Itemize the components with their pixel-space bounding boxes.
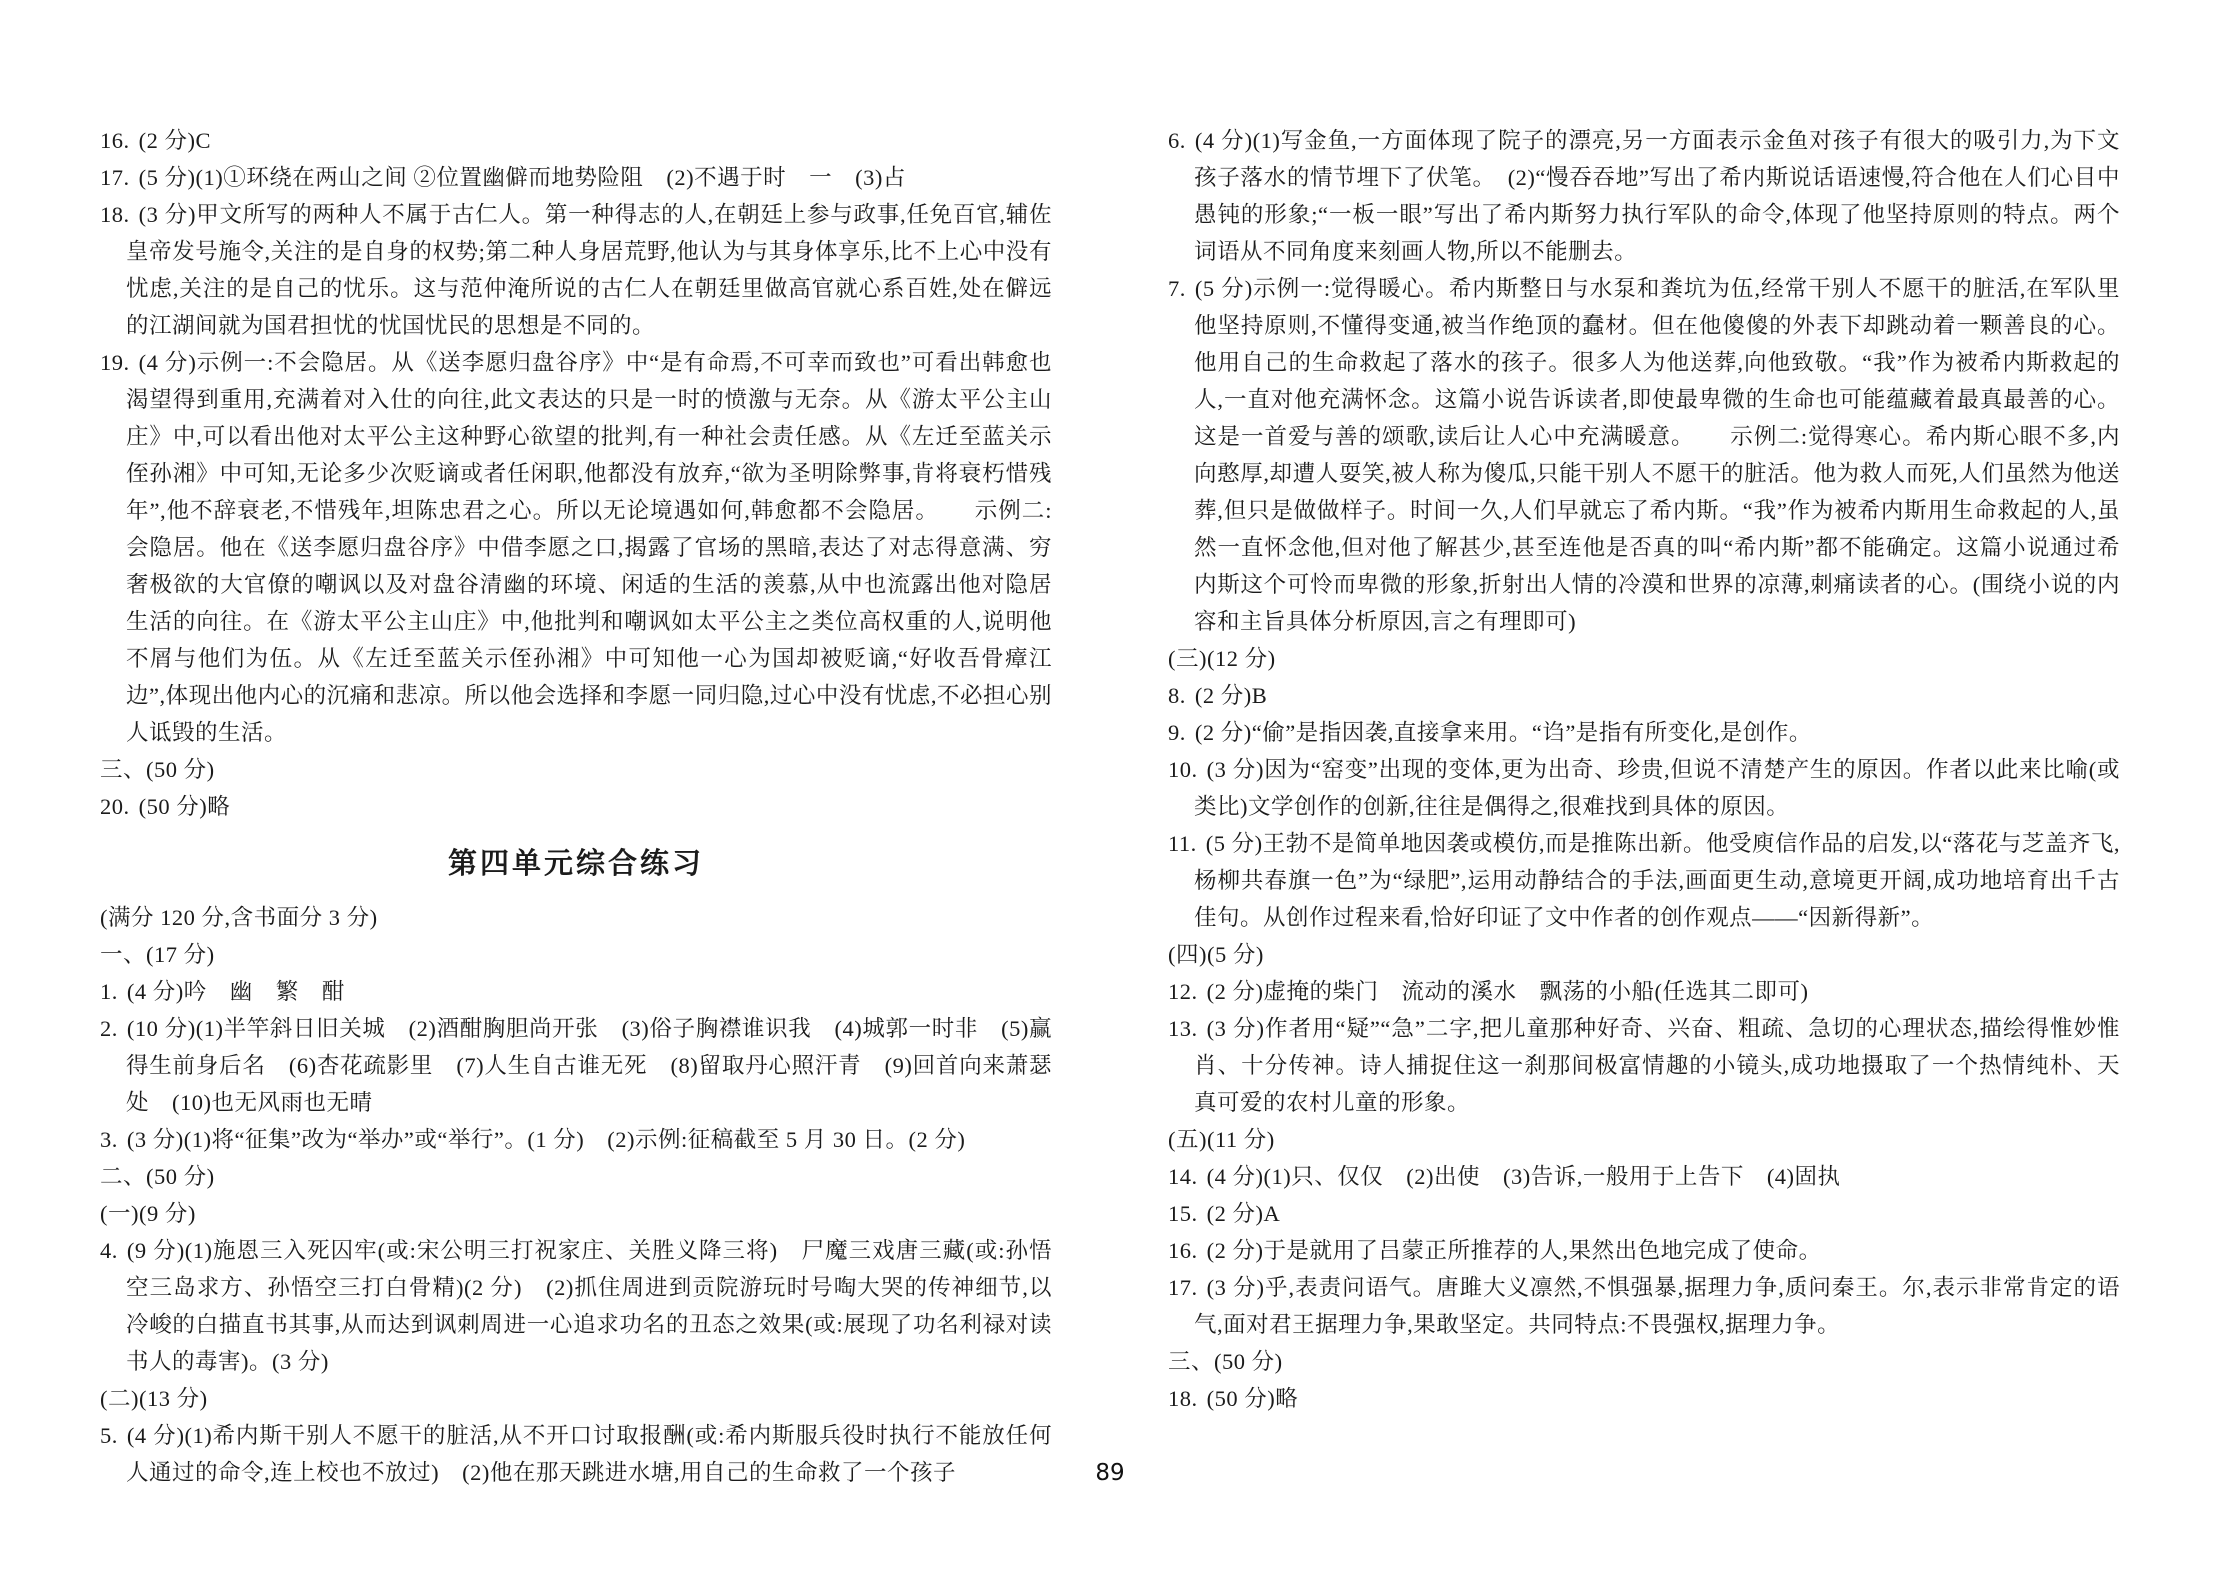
answer-item: 1.(4 分)吟 幽 繁 酣 (100, 973, 1052, 1010)
item-number: 18. (1168, 1386, 1198, 1411)
answer-item: 11.(5 分)王勃不是简单地因袭或模仿,而是推陈出新。他受庾信作品的启发,以“… (1168, 825, 2120, 936)
item-text: (2 分)“偷”是指因袭,直接拿来用。“诌”是指有所变化,是创作。 (1195, 720, 1812, 745)
item-text: (4 分)吟 幽 繁 酣 (127, 979, 345, 1004)
item-text: (10 分)(1)半竿斜日旧关城 (2)酒酣胸胆尚开张 (3)俗子胸襟谁识我 (… (126, 1016, 1052, 1115)
item-number: 18. (100, 202, 130, 227)
section-label: 三、(50 分) (1168, 1343, 2120, 1380)
item-number: 13. (1168, 1016, 1198, 1041)
answer-item: 14.(4 分)(1)只、仅仅 (2)出使 (3)告诉,一般用于上告下 (4)固… (1168, 1158, 2120, 1195)
item-text: (5 分)(1)①环绕在两山之间 ②位置幽僻而地势险阻 (2)不遇于时 一 (3… (139, 165, 906, 190)
item-text: (4 分)(1)只、仅仅 (2)出使 (3)告诉,一般用于上告下 (4)固执 (1207, 1164, 1841, 1189)
answer-item: 10.(3 分)因为“窑变”出现的变体,更为出奇、珍贵,但说不清楚产生的原因。作… (1168, 751, 2120, 825)
item-number: 12. (1168, 979, 1198, 1004)
answer-item: 9.(2 分)“偷”是指因袭,直接拿来用。“诌”是指有所变化,是创作。 (1168, 714, 2120, 751)
answer-item: 18.(50 分)略 (1168, 1380, 2120, 1417)
answer-sheet-page: 16.(2 分)C 17.(5 分)(1)①环绕在两山之间 ②位置幽僻而地势险阻… (0, 0, 2220, 1571)
item-text: (50 分)略 (1207, 1386, 1299, 1411)
answer-item: 20.(50 分)略 (100, 788, 1052, 825)
section-label: 三、(50 分) (100, 751, 1052, 788)
item-text: (3 分)作者用“疑”“急”二字,把儿童那种好奇、兴奋、粗疏、急切的心理状态,描… (1194, 1016, 2120, 1115)
answer-item: 16.(2 分)C (100, 122, 1052, 159)
item-number: 16. (100, 128, 130, 153)
item-number: 17. (1168, 1275, 1198, 1300)
item-number: 16. (1168, 1238, 1198, 1263)
item-text: (2 分)B (1195, 683, 1267, 708)
item-text: (4 分)(1)写金鱼,一方面体现了院子的漂亮,另一方面表示金鱼对孩子有很大的吸… (1194, 128, 2120, 264)
item-number: 20. (100, 794, 130, 819)
answer-item: 7.(5 分)示例一:觉得暖心。希内斯整日与水泵和粪坑为伍,经常干别人不愿干的脏… (1168, 270, 2120, 640)
page-number: 89 (0, 1460, 2220, 1486)
answer-item: 19.(4 分)示例一:不会隐居。从《送李愿归盘谷序》中“是有命焉,不可幸而致也… (100, 344, 1052, 751)
item-number: 2. (100, 1016, 118, 1041)
left-column: 16.(2 分)C 17.(5 分)(1)①环绕在两山之间 ②位置幽僻而地势险阻… (100, 122, 1052, 1491)
item-number: 1. (100, 979, 118, 1004)
section-label: (一)(9 分) (100, 1195, 1052, 1232)
answer-item: 16.(2 分)于是就用了吕蒙正所推荐的人,果然出色地完成了使命。 (1168, 1232, 2120, 1269)
item-number: 19. (100, 350, 130, 375)
answer-item: 12.(2 分)虚掩的柴门 流动的溪水 飘荡的小船(任选其二即可) (1168, 973, 2120, 1010)
section-label: (三)(12 分) (1168, 640, 2120, 677)
item-text: (9 分)(1)施恩三入死囚牢(或:宋公明三打祝家庄、关胜义降三将) 尸魔三戏唐… (126, 1238, 1052, 1374)
item-number: 5. (100, 1423, 118, 1448)
answer-item: 4.(9 分)(1)施恩三入死囚牢(或:宋公明三打祝家庄、关胜义降三将) 尸魔三… (100, 1232, 1052, 1380)
item-text: (2 分)于是就用了吕蒙正所推荐的人,果然出色地完成了使命。 (1207, 1238, 1822, 1263)
item-number: 4. (100, 1238, 118, 1263)
item-number: 9. (1168, 720, 1186, 745)
item-number: 7. (1168, 276, 1186, 301)
item-text: (2 分)A (1207, 1201, 1281, 1226)
section-label: (五)(11 分) (1168, 1121, 2120, 1158)
score-note: (满分 120 分,含书面分 3 分) (100, 899, 1052, 936)
item-number: 6. (1168, 128, 1186, 153)
item-text: (50 分)略 (139, 794, 231, 819)
item-text: (5 分)王勃不是简单地因袭或模仿,而是推陈出新。他受庾信作品的启发,以“落花与… (1194, 831, 2120, 930)
item-number: 15. (1168, 1201, 1198, 1226)
answer-item: 2.(10 分)(1)半竿斜日旧关城 (2)酒酣胸胆尚开张 (3)俗子胸襟谁识我… (100, 1010, 1052, 1121)
answer-item: 3.(3 分)(1)将“征集”改为“举办”或“举行”。(1 分) (2)示例:征… (100, 1121, 1052, 1158)
answer-item: 17.(5 分)(1)①环绕在两山之间 ②位置幽僻而地势险阻 (2)不遇于时 一… (100, 159, 1052, 196)
item-text: (2 分)C (139, 128, 211, 153)
item-number: 10. (1168, 757, 1198, 782)
item-text: (3 分)甲文所写的两种人不属于古仁人。第一种得志的人,在朝廷上参与政事,任免百… (126, 202, 1052, 338)
answer-item: 17.(3 分)乎,表责问语气。唐雎大义凛然,不惧强暴,据理力争,质问秦王。尔,… (1168, 1269, 2120, 1343)
item-number: 14. (1168, 1164, 1198, 1189)
item-number: 11. (1168, 831, 1197, 856)
section-label: (二)(13 分) (100, 1380, 1052, 1417)
answer-item: 8.(2 分)B (1168, 677, 2120, 714)
item-number: 3. (100, 1127, 118, 1152)
section-label: (四)(5 分) (1168, 936, 2120, 973)
section-label: 一、(17 分) (100, 936, 1052, 973)
item-text: (5 分)示例一:觉得暖心。希内斯整日与水泵和粪坑为伍,经常干别人不愿干的脏活,… (1194, 276, 2120, 634)
item-number: 17. (100, 165, 130, 190)
answer-item: 15.(2 分)A (1168, 1195, 2120, 1232)
item-text: (3 分)(1)将“征集”改为“举办”或“举行”。(1 分) (2)示例:征稿截… (127, 1127, 965, 1152)
right-column: 6.(4 分)(1)写金鱼,一方面体现了院子的漂亮,另一方面表示金鱼对孩子有很大… (1168, 122, 2120, 1417)
answer-item: 13.(3 分)作者用“疑”“急”二字,把儿童那种好奇、兴奋、粗疏、急切的心理状… (1168, 1010, 2120, 1121)
answer-item: 18.(3 分)甲文所写的两种人不属于古仁人。第一种得志的人,在朝廷上参与政事,… (100, 196, 1052, 344)
unit-exercise-heading: 第四单元综合练习 (100, 844, 1052, 884)
item-text: (4 分)示例一:不会隐居。从《送李愿归盘谷序》中“是有命焉,不可幸而致也”可看… (126, 350, 1052, 745)
item-text: (3 分)乎,表责问语气。唐雎大义凛然,不惧强暴,据理力争,质问秦王。尔,表示非… (1194, 1275, 2120, 1337)
item-text: (3 分)因为“窑变”出现的变体,更为出奇、珍贵,但说不清楚产生的原因。作者以此… (1194, 757, 2120, 819)
item-text: (2 分)虚掩的柴门 流动的溪水 飘荡的小船(任选其二即可) (1207, 979, 1809, 1004)
section-label: 二、(50 分) (100, 1158, 1052, 1195)
answer-item: 6.(4 分)(1)写金鱼,一方面体现了院子的漂亮,另一方面表示金鱼对孩子有很大… (1168, 122, 2120, 270)
item-number: 8. (1168, 683, 1186, 708)
